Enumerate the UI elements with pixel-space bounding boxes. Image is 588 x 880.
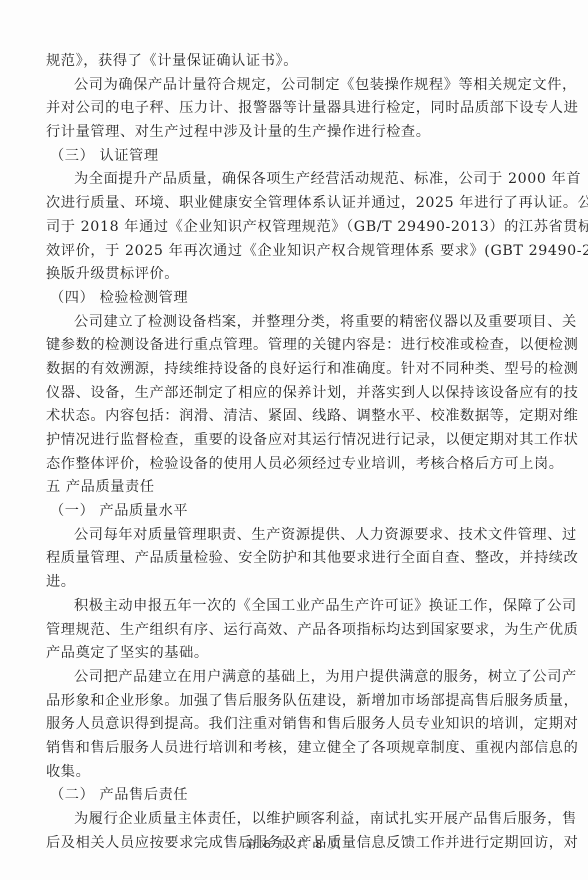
text-line: 术状态。内容包括：润滑、清洁、紧固、线路、调整水平、校准数据等，定期对维: [46, 405, 532, 429]
text-line: 司于 2018 年通过《企业知识产权管理规范》（GB/T 29490-2013）…: [46, 216, 532, 240]
text-line: 服务人员意识得到提高。我们注重对销售和售后服务人员专业知识的培训，定期对: [46, 713, 532, 737]
paragraph-last-line: 态作整体评价，检验设备的使用人员必须经过专业培训，考核合格后方可上岗。: [46, 453, 532, 477]
text-line: 键参数的检测设备进行重点管理。管理的关键内容是：进行校准或检查，以便检测: [46, 334, 532, 358]
subsection-heading: （三） 认证管理: [46, 145, 532, 169]
text-line: 销售和售后服务人员进行培训和考核，建立健全了各项规章制度、重视内部信息的: [46, 737, 532, 761]
subsection-heading: （一） 产品质量水平: [46, 500, 532, 524]
paragraph-last-line: 收集。: [46, 761, 532, 785]
paragraph-first-line: 为履行企业质量主体责任，以维护顾客利益，南试扎实开展产品售后服务，售: [46, 808, 532, 832]
text-line: 效评价，于 2025 年再次通过《企业知识产权合规管理体系 要求》(GBT 29…: [46, 240, 532, 264]
section-heading: 五 产品质量责任: [46, 476, 532, 500]
paragraph-last-line: 行计量管理、对生产过程中涉及计量的生产操作进行检查。: [46, 121, 532, 145]
paragraph-first-line: 公司建立了检测设备档案，并整理分类，将重要的精密仪器以及重要项目、关: [46, 311, 532, 335]
paragraph-first-line: 公司把产品建立在用户满意的基础上，为用户提供满意的服务，树立了公司产: [46, 666, 532, 690]
paragraph-last-line: 规范》，获得了《计量保证确认证书》。: [46, 50, 532, 74]
document-body: 规范》，获得了《计量保证确认证书》。公司为确保产品计量符合规定，公司制定《包装操…: [46, 50, 532, 855]
paragraph-last-line: 产品奠定了坚实的基础。: [46, 642, 532, 666]
document-page: 规范》，获得了《计量保证确认证书》。公司为确保产品计量符合规定，公司制定《包装操…: [0, 0, 588, 880]
paragraph-first-line: 积极主动申报五年一次的《全国工业产品生产许可证》换证工作，保障了公司: [46, 595, 532, 619]
subsection-heading: （四） 检验检测管理: [46, 287, 532, 311]
text-line: 次进行质量、环境、职业健康安全管理体系认证并通过，2025 年进行了再认证。公: [46, 192, 532, 216]
text-line: 数据的有效溯源，持续维持设备的良好运行和准确度。针对不同种类、型号的检测: [46, 358, 532, 382]
text-line: 并对公司的电子秤、压力计、报警器等计量器具进行检定，同时品质部下设专人进: [46, 97, 532, 121]
paragraph-first-line: 为全面提升产品质量，确保各项生产经营活动规范、标准，公司于 2000 年首: [46, 168, 532, 192]
text-line: 管理规范、生产组织有序、运行高效、产品各项指标均达到国家要求，为生产优质: [46, 619, 532, 643]
paragraph-first-line: 公司每年对质量管理职责、生产资源提供、人力资源要求、技术文件管理、过: [46, 524, 532, 548]
text-line: 仪器、设备，生产部还制定了相应的保养计划，并落实到人以保持该设备应有的技: [46, 382, 532, 406]
paragraph-last-line: 换版升级贯标评价。: [46, 263, 532, 287]
paragraph-last-line: 进。: [46, 571, 532, 595]
subsection-heading: （二） 产品售后责任: [46, 784, 532, 808]
text-line: 品形象和企业形象。加强了售后服务队伍建设，新增加市场部提高售后服务质量，: [46, 690, 532, 714]
page-number-footer: 第 6 页 共 8 页: [0, 836, 588, 852]
text-line: 护情况进行监督检查，重要的设备应对其运行情况进行记录，以便定期对其工作状: [46, 429, 532, 453]
paragraph-first-line: 公司为确保产品计量符合规定，公司制定《包装操作规程》等相关规定文件，: [46, 74, 532, 98]
text-line: 程质量管理、产品质量检验、安全防护和其他要求进行全面自查、整改，并持续改: [46, 547, 532, 571]
